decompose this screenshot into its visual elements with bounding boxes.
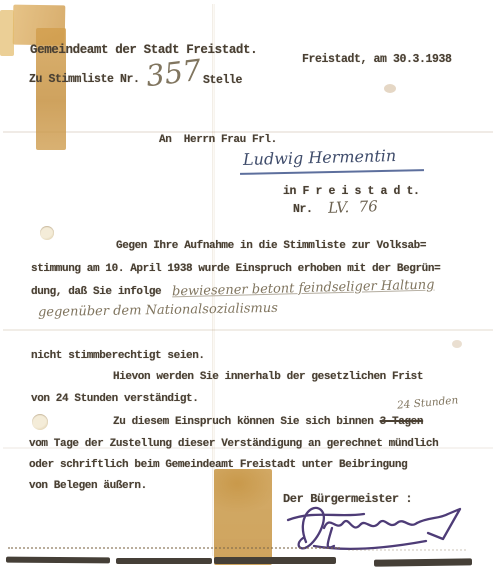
torn-edge-shadow xyxy=(374,558,472,566)
office-name: Gemeindeamt der Stadt Freistadt. xyxy=(30,43,257,57)
body-line: dung, daß Sie infolge xyxy=(31,286,161,298)
salutation-line: An Herrn Frau Frl. xyxy=(159,134,277,146)
recipient-name-handwritten: Ludwig Hermentin xyxy=(243,146,397,169)
date-line: Freistadt, am 30.3.1938 xyxy=(302,53,452,66)
recipient-nr-label: Nr. xyxy=(293,203,313,216)
body-line: Hievon werden Sie innerhalb der gesetzli… xyxy=(113,371,423,383)
body-line-pre: Zu diesem Einspruch können Sie sich binn… xyxy=(113,416,380,428)
body-line: vom Tage der Zustellung dieser Verständi… xyxy=(29,438,438,450)
body-line: oder schriftlich beim Gemeindeamt Freist… xyxy=(29,459,407,471)
perforation-dotted-line xyxy=(8,547,340,549)
body-line: Gegen Ihre Aufnahme in die Stimmliste zu… xyxy=(116,240,426,252)
torn-edge-shadow xyxy=(116,558,212,564)
body-line-with-correction: Zu diesem Einspruch können Sie sich binn… xyxy=(113,416,423,428)
recipient-city-line: in F r e i s t a d t. xyxy=(283,185,420,198)
torn-edge-shadow xyxy=(214,557,336,564)
stelle-label: Stelle xyxy=(203,74,242,87)
punch-hole-top xyxy=(40,226,54,240)
body-line: nicht stimmberechtigt seien. xyxy=(31,350,205,362)
perforation-dotted-line xyxy=(348,549,466,551)
body-line: stimmung am 10. April 1938 wurde Einspru… xyxy=(31,263,440,275)
torn-edge-shadow xyxy=(6,557,110,564)
mayor-signature xyxy=(286,498,476,553)
body-line: von 24 Stunden verständigt. xyxy=(31,393,198,405)
struck-deadline-text: 3 Tagen xyxy=(380,416,423,428)
recipient-nr-value-handwritten: LV. 76 xyxy=(328,197,378,217)
scanned-letter-page: Gemeindeamt der Stadt Freistadt. Freista… xyxy=(0,0,500,573)
punch-hole-bottom xyxy=(32,414,48,430)
stimmliste-label: Zu Stimmliste Nr. xyxy=(29,73,140,86)
stimmliste-number-handwritten: 357 xyxy=(144,53,203,93)
body-line: von Belegen äußern. xyxy=(29,480,147,492)
